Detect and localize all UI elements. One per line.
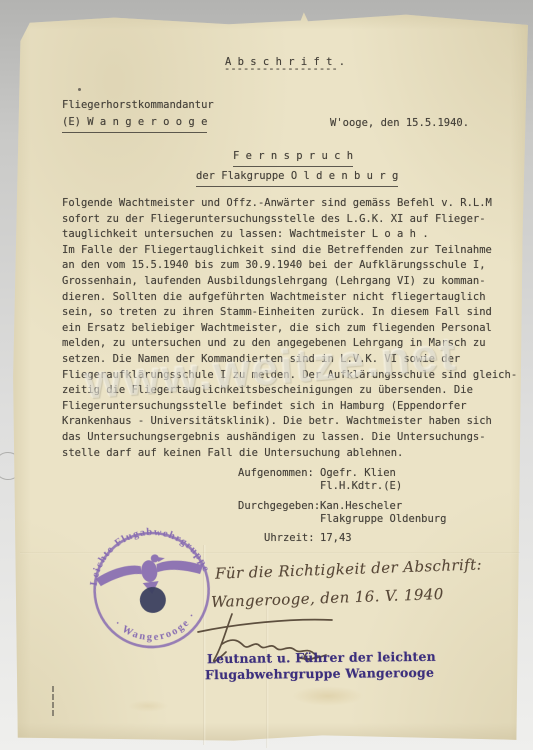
durchgegeben-label: Durchgegeben: — [238, 499, 320, 515]
body-line: Im Falle der Fliegertauglichkeit sind di… — [62, 243, 517, 259]
body-line: Grossenhain, laufenden Ausbildungslehrga… — [62, 274, 517, 290]
durchgegeben-unit: Flakgruppe Oldenburg — [320, 512, 446, 528]
body-line: tauglichkeit untersuchen zu lassen: Wach… — [62, 227, 517, 243]
ink-speck — [78, 88, 81, 91]
unit-name-line1: Fliegerhorstkommandantur — [62, 98, 214, 114]
aufgenommen-label: Aufgenommen: — [238, 466, 320, 482]
stamp-text-line1: Leutnant u. Führer der leichten — [207, 649, 436, 666]
stamp-ring-bottom-text: · Wangerooge · — [111, 609, 202, 648]
document-photo: A b s c h r i f t . ------------------ F… — [0, 0, 533, 750]
uhrzeit-row: Uhrzeit:17,43 — [264, 531, 352, 547]
abschrift-underline: ------------------ — [224, 62, 338, 78]
uhrzeit-value: 17,43 — [320, 532, 352, 544]
margin-tick-marks — [52, 686, 56, 716]
dateline: W'ooge, den 15.5.1940. — [330, 116, 469, 132]
durchgegeben-value: Kan.Hescheler — [320, 500, 402, 512]
body-line: Krankenhaus - Universitätsklinik). Die b… — [62, 414, 517, 430]
body-line: Folgende Wachtmeister und Offz.-Anwärter… — [62, 196, 517, 212]
uhrzeit-label: Uhrzeit: — [264, 531, 320, 547]
body-line: an den vom 15.5.1940 bis zum 30.9.1940 b… — [62, 258, 517, 274]
document-subtitle: der Flakgruppe O l d e n b u r g — [196, 169, 398, 187]
emblem-center — [138, 585, 167, 614]
body-line: sein, so treten zu ihren Stamm-Einheiten… — [62, 305, 517, 321]
aufgenommen-value: Ogefr. Klien — [320, 467, 396, 479]
unit-round-stamp: Leichte Flugabwehrgruppe · Wangerooge · — [74, 518, 229, 668]
body-line: stelle darf auf keinen Fall die Untersuc… — [62, 446, 517, 462]
body-line: dieren. Sollten die aufgeführten Wachtme… — [62, 290, 517, 306]
paper-stain — [128, 700, 168, 712]
stamp-text-line2: Flugabwehrgruppe Wangerooge — [205, 665, 434, 682]
svg-text:· Wangerooge ·: · Wangerooge · — [111, 609, 202, 648]
aufgenommen-unit: Fl.H.Kdtr.(E) — [320, 479, 402, 495]
body-line: das Untersuchungsergebnis aushändigen zu… — [62, 430, 517, 446]
body-line: sofort zu der Fliegeruntersuchungsstelle… — [62, 212, 517, 228]
paper-stain — [292, 686, 364, 706]
unit-name-line2: (E) W a n g e r o o g e — [62, 115, 207, 133]
document-title: F e r n s p r u c h — [233, 149, 353, 167]
